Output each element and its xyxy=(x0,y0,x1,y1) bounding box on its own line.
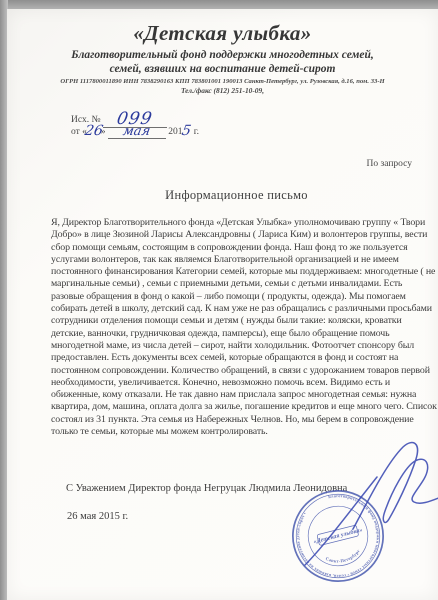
org-tagline-line2: семей, взявших на воспитание детей-сирот xyxy=(7,63,438,77)
handwritten-month: мая xyxy=(122,124,152,139)
outgoing-reference-block: Исх. № 099 от «26» мая 2015 г. xyxy=(71,107,199,137)
letter-body: Я, Директор Благотворительного фонда «Де… xyxy=(51,217,437,438)
year-printed: 201 xyxy=(166,127,183,137)
scanned-letter-page: «Детская улыбка» Благотворительный фонд … xyxy=(7,9,438,600)
org-phone-line: Тел./факс (812) 251-10-09, xyxy=(7,86,438,95)
date-suffix: г. xyxy=(191,127,199,137)
handwritten-day: 26 xyxy=(83,123,104,139)
document-title: Информационное письмо xyxy=(7,188,438,203)
outgoing-number-row: Исх. № 099 xyxy=(71,107,199,122)
org-name: «Детская улыбка» xyxy=(7,21,438,46)
recipient-note: По запросу xyxy=(367,159,413,169)
letterhead: «Детская улыбка» Благотворительный фонд … xyxy=(7,21,438,95)
signature-flourish xyxy=(353,443,438,529)
letter-date: 26 мая 2015 г. xyxy=(67,511,128,522)
outgoing-date-row: от «26» мая 2015 г. xyxy=(71,122,199,137)
org-tagline-line1: Благотворительный фонд поддержки многоде… xyxy=(7,49,438,63)
org-registration-line: ОГРН 1117800011890 ИНН 7838290163 КПП 78… xyxy=(7,78,438,85)
signature-cross-stroke xyxy=(305,477,377,565)
director-signature xyxy=(295,433,438,578)
